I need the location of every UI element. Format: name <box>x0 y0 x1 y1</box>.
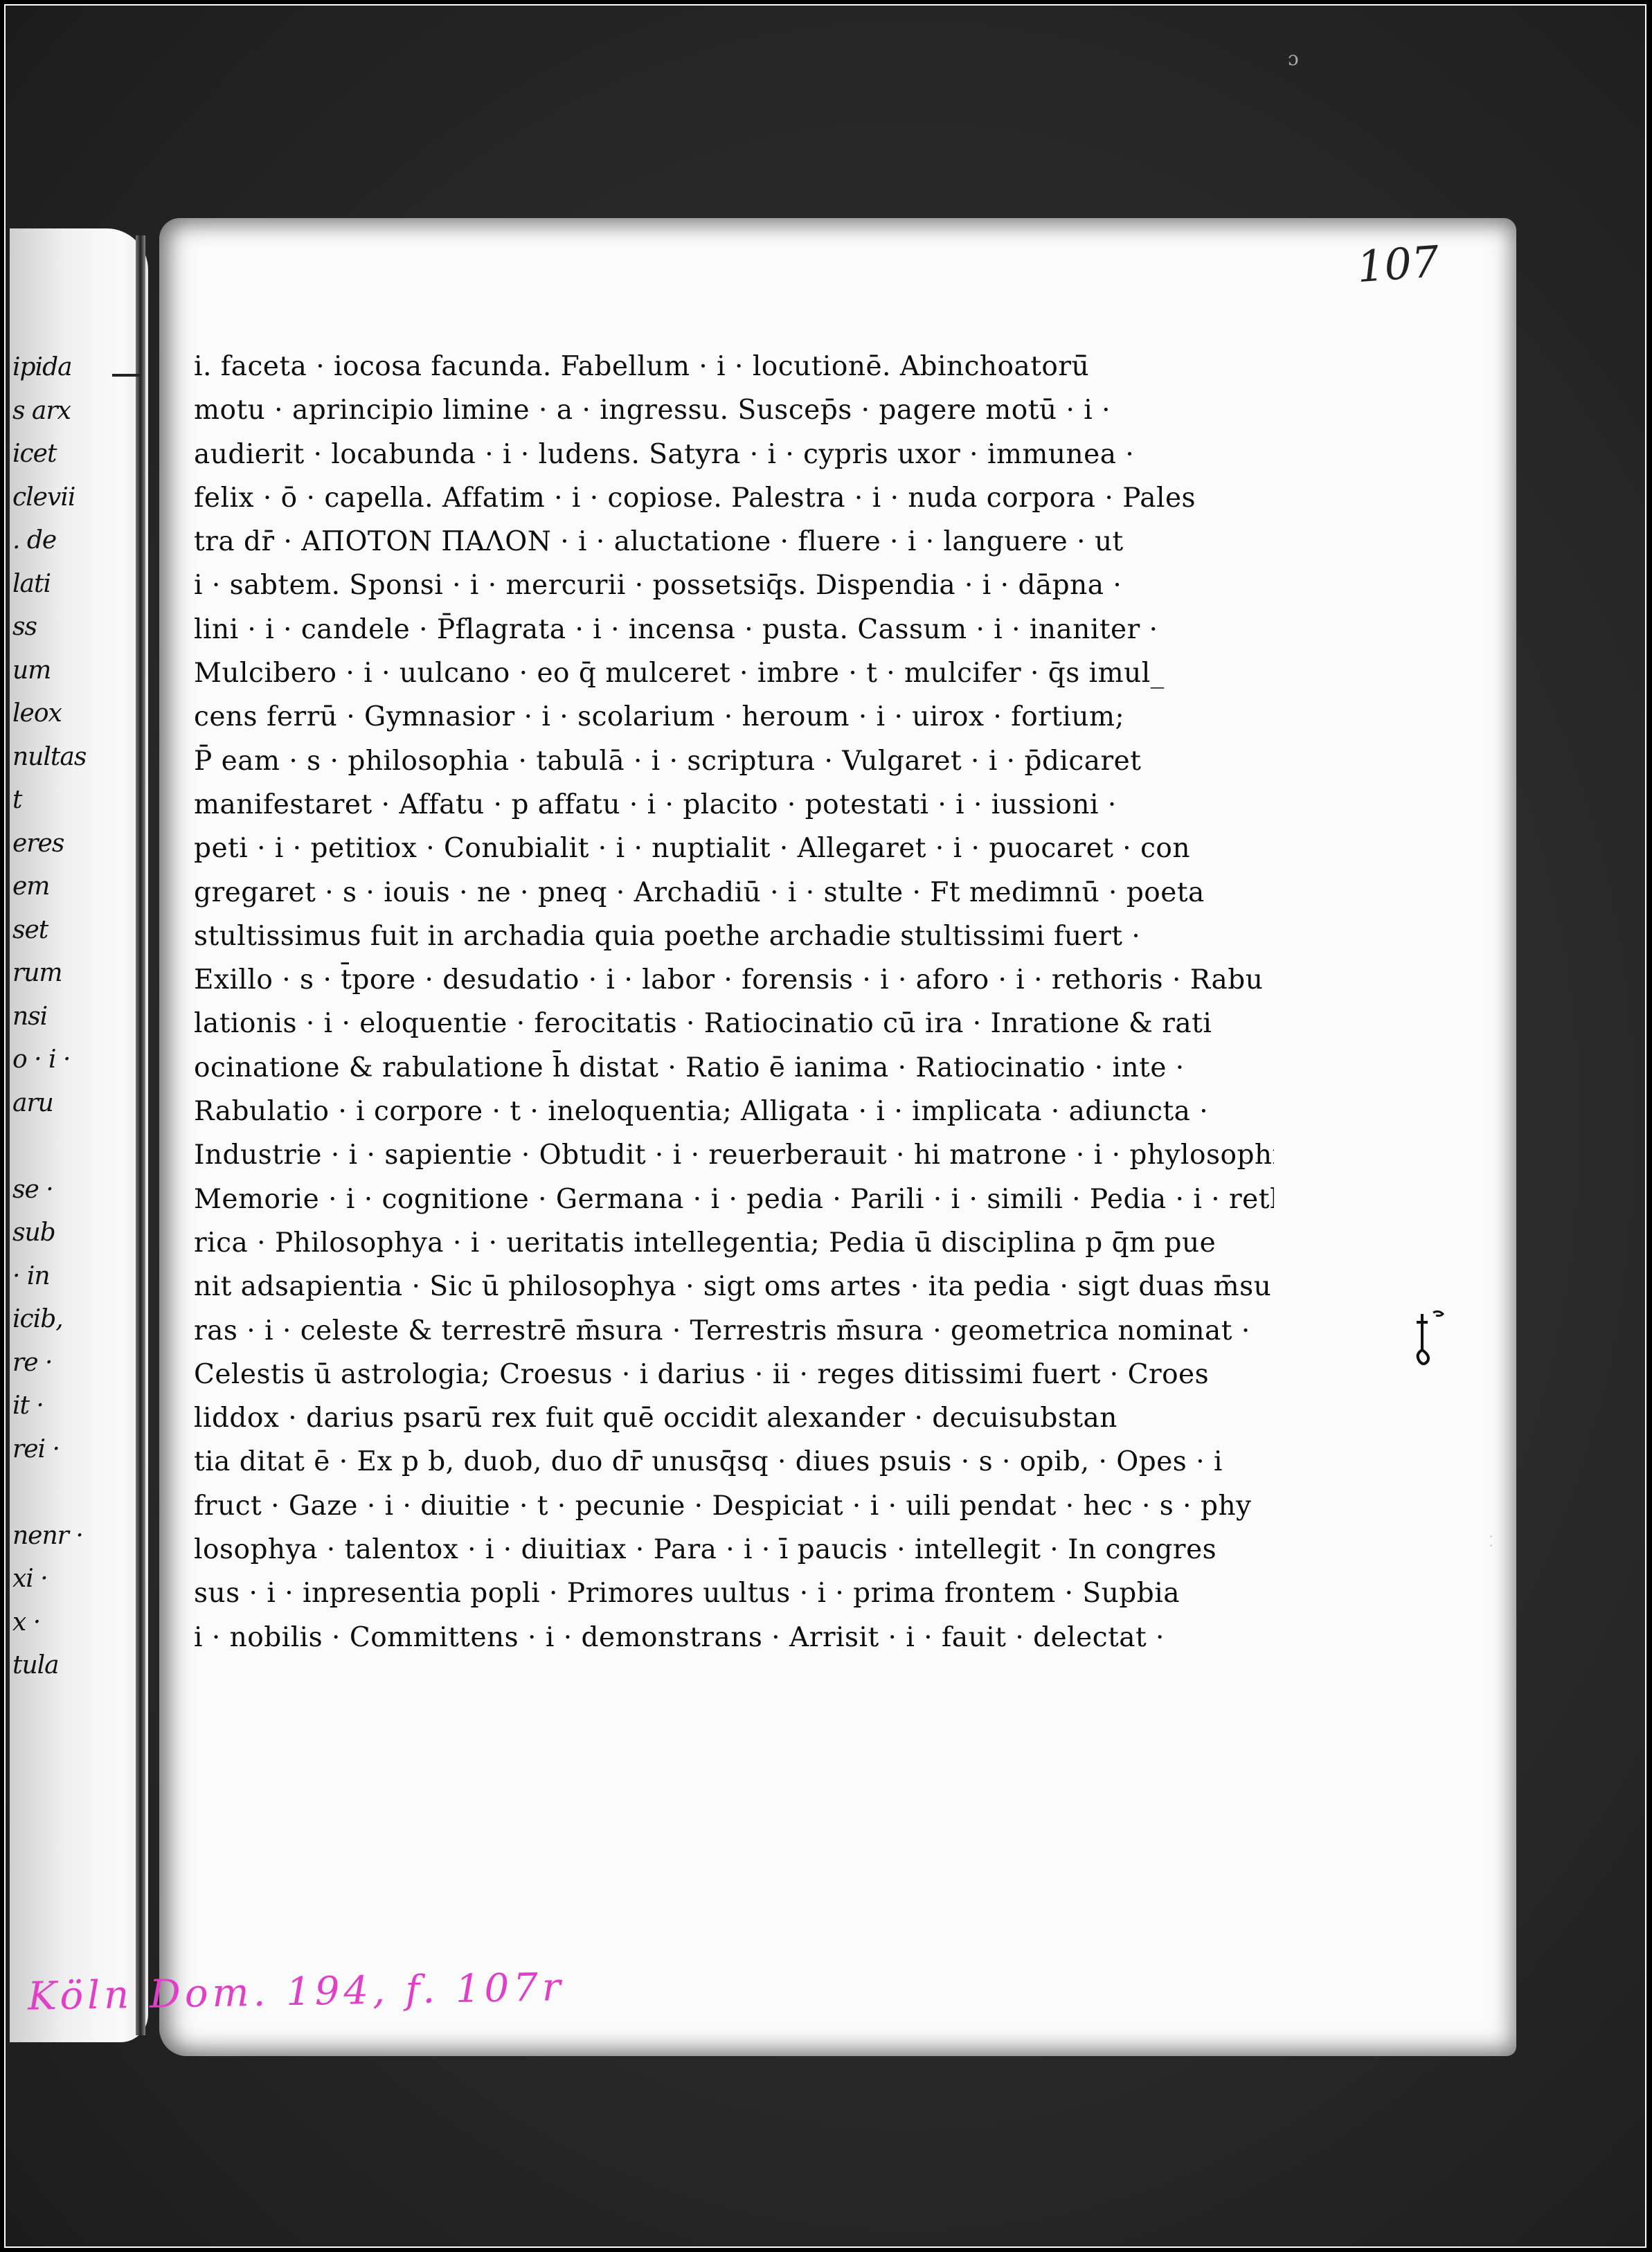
previous-page-line: em <box>12 872 144 916</box>
manuscript-line: tra dr̄ · ΑΠΟΤΟΝ ΠΑΛΟΝ · i · aluctatione… <box>194 520 1274 564</box>
manuscript-text-block: i. faceta · iocosa facunda. Fabellum · i… <box>194 345 1274 1659</box>
manuscript-line: felix · ō · capella. Affatim · i · copio… <box>194 476 1274 520</box>
ruling-tick-mark <box>112 374 140 377</box>
manuscript-line: gregaret · s · iouis · ne · pneq · Archa… <box>194 871 1274 915</box>
stray-marks: ⁚ <box>1489 1533 1493 1551</box>
previous-page-line: um <box>12 656 144 700</box>
manuscript-line: Mulcibero · i · uulcano · eo q̄ mulceret… <box>194 651 1274 695</box>
manuscript-line: ocinatione & rabulatione h̄ distat · Rat… <box>194 1046 1274 1090</box>
manuscript-line: stultissimus fuit in archadia quia poeth… <box>194 915 1274 958</box>
manuscript-line: audierit · locabunda · i · ludens. Satyr… <box>194 433 1274 476</box>
top-pencil-mark: ɔ <box>1288 47 1299 70</box>
manuscript-line: rica · Philosophya · i · ueritatis intel… <box>194 1221 1274 1265</box>
previous-page-line: eres <box>12 829 144 873</box>
previous-page-line: it · <box>12 1391 144 1435</box>
previous-page-line: rum <box>12 959 144 1002</box>
previous-page-line: tula <box>12 1651 144 1695</box>
previous-page-line: aru <box>12 1089 144 1133</box>
previous-page-line: clevii <box>12 483 144 527</box>
previous-page-line: lati <box>12 570 144 613</box>
previous-page-line: set <box>12 916 144 960</box>
manuscript-line: Celestis ū astrologia; Croesus · i dariu… <box>194 1353 1274 1396</box>
previous-page-line: icet <box>12 440 144 483</box>
previous-page-line: icib, <box>12 1305 144 1349</box>
previous-page-line: s arx <box>12 397 144 440</box>
manuscript-line: Industrie · i · sapientie · Obtudit · i … <box>194 1133 1274 1177</box>
previous-page-line: x · <box>12 1608 144 1652</box>
manuscript-line: motu · aprincipio limine · a · ingressu.… <box>194 388 1274 432</box>
marginal-reference-mark-icon <box>1412 1308 1454 1391</box>
manuscript-line: fruct · Gaze · i · diuitie · t · pecunie… <box>194 1484 1274 1528</box>
folio-number: 107 <box>1356 236 1441 292</box>
previous-page-line: · in <box>12 1262 144 1306</box>
book-gutter <box>136 235 145 2035</box>
previous-page-line: nultas <box>12 743 144 786</box>
manuscript-line: i · sabtem. Sponsi · i · mercurii · poss… <box>194 564 1274 607</box>
manuscript-line: manifestaret · Affatu · p affatu · i · p… <box>194 783 1274 827</box>
manuscript-line: Rabulatio · i corpore · t · ineloquentia… <box>194 1090 1274 1133</box>
manuscript-line: nit adsapientia · Sic ū philosophya · si… <box>194 1265 1274 1308</box>
previous-page-text: ipidas arxicetclevii. delatissumleoxnult… <box>12 353 144 1695</box>
manuscript-line: P̄ eam · s · philosophia · tabulā · i · … <box>194 739 1274 783</box>
manuscript-line: Exillo · s · t̄pore · desudatio · i · la… <box>194 958 1274 1002</box>
previous-page-line: xi · <box>12 1565 144 1608</box>
manuscript-line: losophya · talentox · i · diuitiax · Par… <box>194 1528 1274 1571</box>
manuscript-line: tia ditat ē · Ex p b, duob, duo dr̄ unus… <box>194 1440 1274 1484</box>
previous-page-line: nenr · <box>12 1522 144 1565</box>
manuscript-line: lationis · i · eloquentie · ferocitatis … <box>194 1002 1274 1045</box>
previous-page-line <box>12 1478 144 1522</box>
shelfmark-annotation: Köln Dom. 194, f. 107r <box>27 1965 565 2019</box>
manuscript-line: ras · i · celeste & terrestrē m̄sura · T… <box>194 1309 1274 1353</box>
previous-page-line: leox <box>12 699 144 743</box>
manuscript-line: liddox · darius psarū rex fuit quē occid… <box>194 1396 1274 1440</box>
previous-page-line: ss <box>12 613 144 656</box>
previous-page-line: sub <box>12 1218 144 1262</box>
manuscript-line: cens ferrū · Gymnasior · i · scolarium ·… <box>194 695 1274 739</box>
previous-page-line: se · <box>12 1175 144 1219</box>
previous-page-line <box>12 1132 144 1175</box>
previous-page-line: . de <box>12 526 144 570</box>
manuscript-line: lini · i · candele · P̄flagrata · i · in… <box>194 608 1274 651</box>
previous-page-line: t <box>12 786 144 829</box>
manuscript-line: i · nobilis · Committens · i · demonstra… <box>194 1616 1274 1659</box>
manuscript-line: sus · i · inpresentia popli · Primores u… <box>194 1571 1274 1615</box>
manuscript-line: Memorie · i · cognitione · Germana · i ·… <box>194 1178 1274 1221</box>
manuscript-line: peti · i · petitiox · Conubialit · i · n… <box>194 827 1274 870</box>
previous-page-line: re · <box>12 1349 144 1392</box>
previous-page-line: o · i · <box>12 1045 144 1089</box>
previous-page-line: nsi <box>12 1002 144 1046</box>
previous-page-line: rei · <box>12 1435 144 1479</box>
manuscript-line: i. faceta · iocosa facunda. Fabellum · i… <box>194 345 1274 388</box>
